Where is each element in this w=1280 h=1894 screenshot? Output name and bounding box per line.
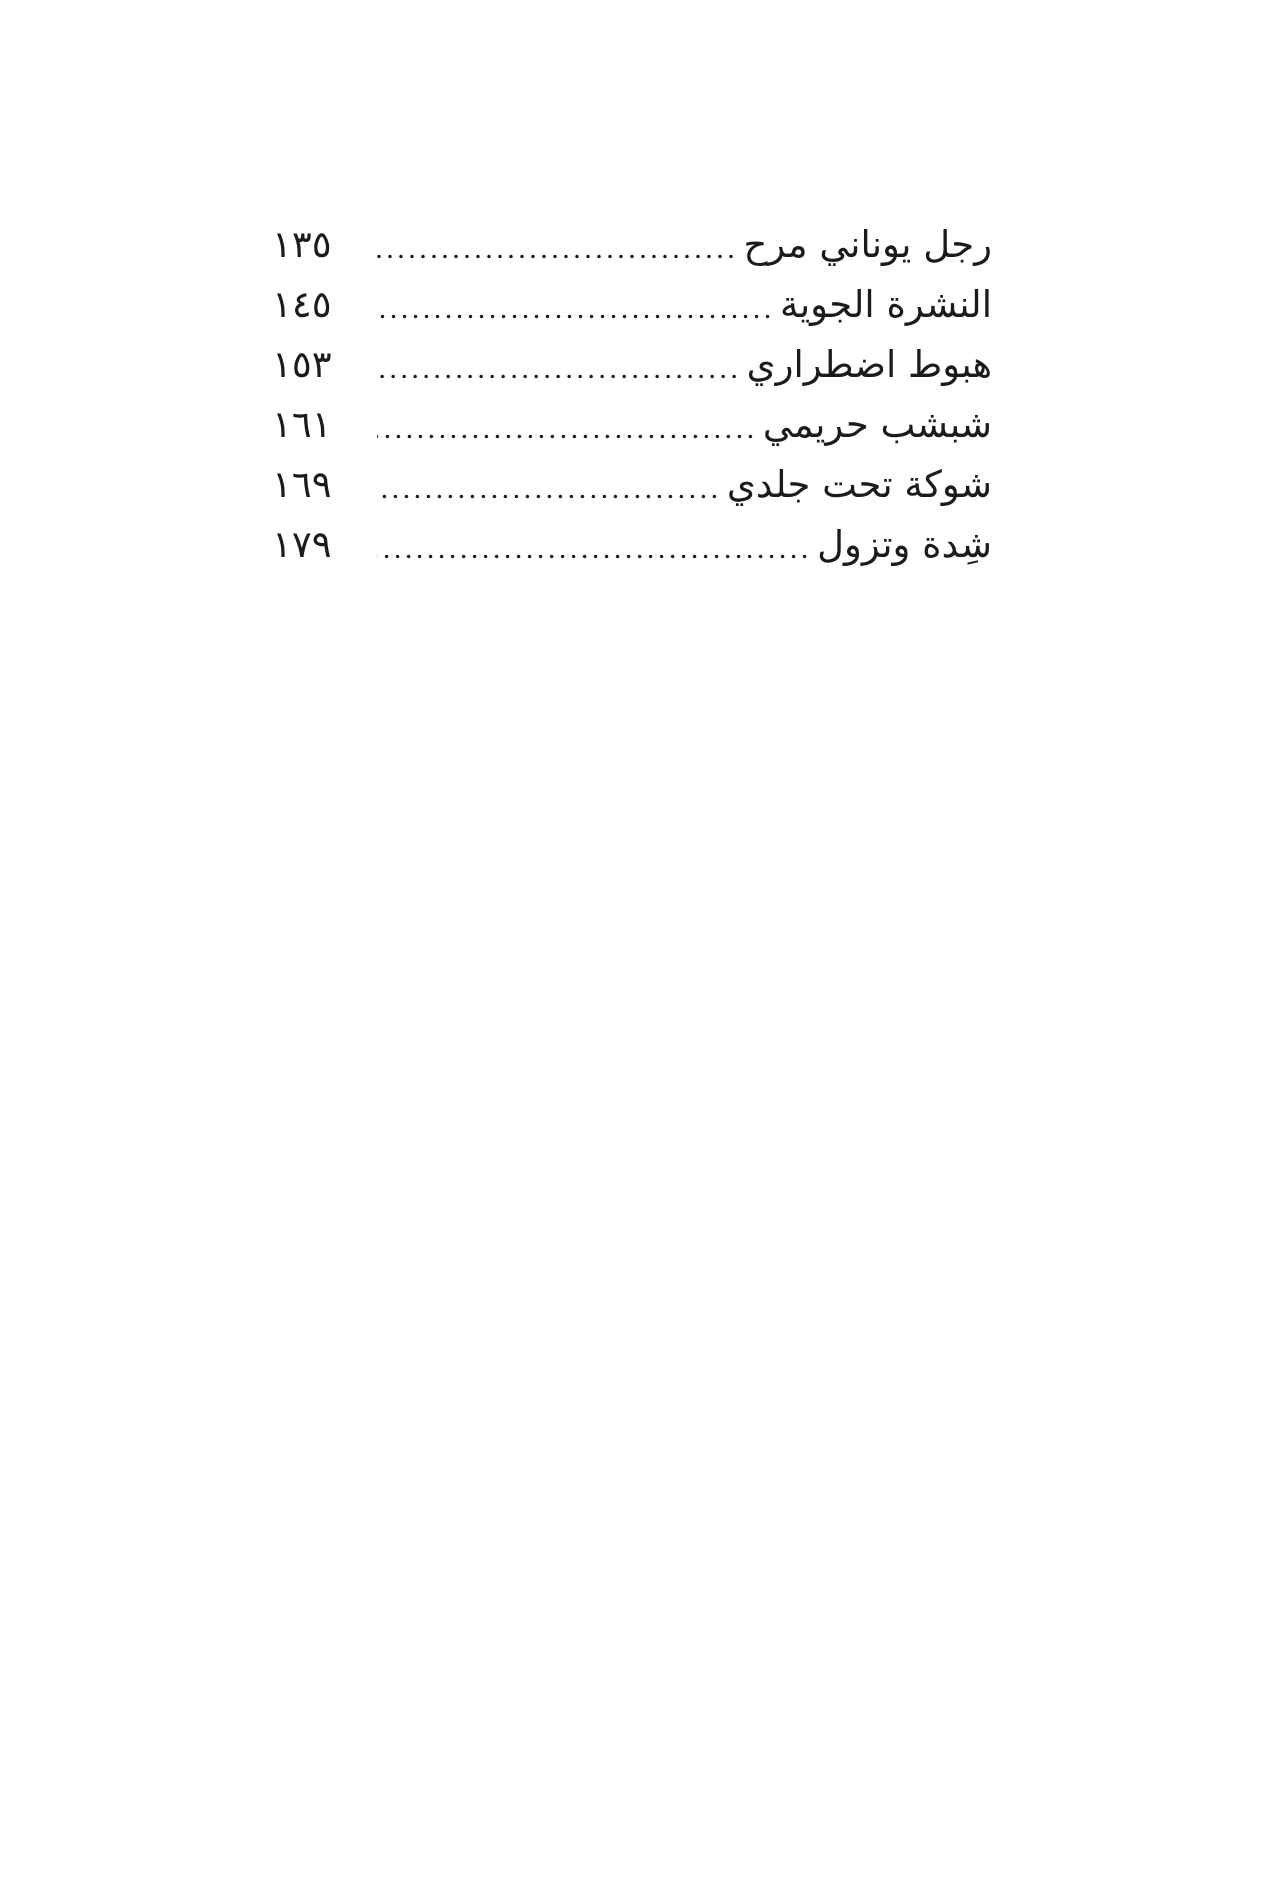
page-number: ١٣٥ — [272, 215, 368, 275]
dotted-leader — [377, 254, 736, 259]
dotted-leader — [377, 434, 756, 439]
toc-entry: شوكة تحت جلدي ١٦٩ — [272, 455, 992, 515]
toc-list: رجل يوناني مرح ١٣٥ النشرة الجوية ١٤٥ هبو… — [272, 215, 992, 575]
page-number: ١٦١ — [272, 395, 368, 455]
page-number: ١٦٩ — [272, 455, 368, 515]
toc-entry: هبوط اضطراري ١٥٣ — [272, 335, 992, 395]
dotted-leader — [377, 494, 720, 499]
book-toc-page: { "page": { "background_color": "#ffffff… — [0, 0, 1280, 1894]
toc-entry: النشرة الجوية ١٤٥ — [272, 275, 992, 335]
page-number: ١٤٥ — [272, 275, 368, 335]
chapter-title: شوكة تحت جلدي — [727, 455, 992, 515]
dotted-leader — [377, 374, 740, 379]
toc-entry: شبشب حريمي ١٦١ — [272, 395, 992, 455]
chapter-title: هبوط اضطراري — [747, 335, 992, 395]
toc-entry: شِدة وتزول ١٧٩ — [272, 515, 992, 575]
chapter-title: رجل يوناني مرح — [743, 215, 992, 275]
dotted-leader — [377, 554, 810, 559]
page-number: ١٥٣ — [272, 335, 368, 395]
dotted-leader — [377, 314, 773, 319]
chapter-title: النشرة الجوية — [780, 275, 992, 335]
chapter-title: شبشب حريمي — [763, 395, 992, 455]
chapter-title: شِدة وتزول — [817, 515, 992, 575]
page-number: ١٧٩ — [272, 515, 368, 575]
toc-entry: رجل يوناني مرح ١٣٥ — [272, 215, 992, 275]
